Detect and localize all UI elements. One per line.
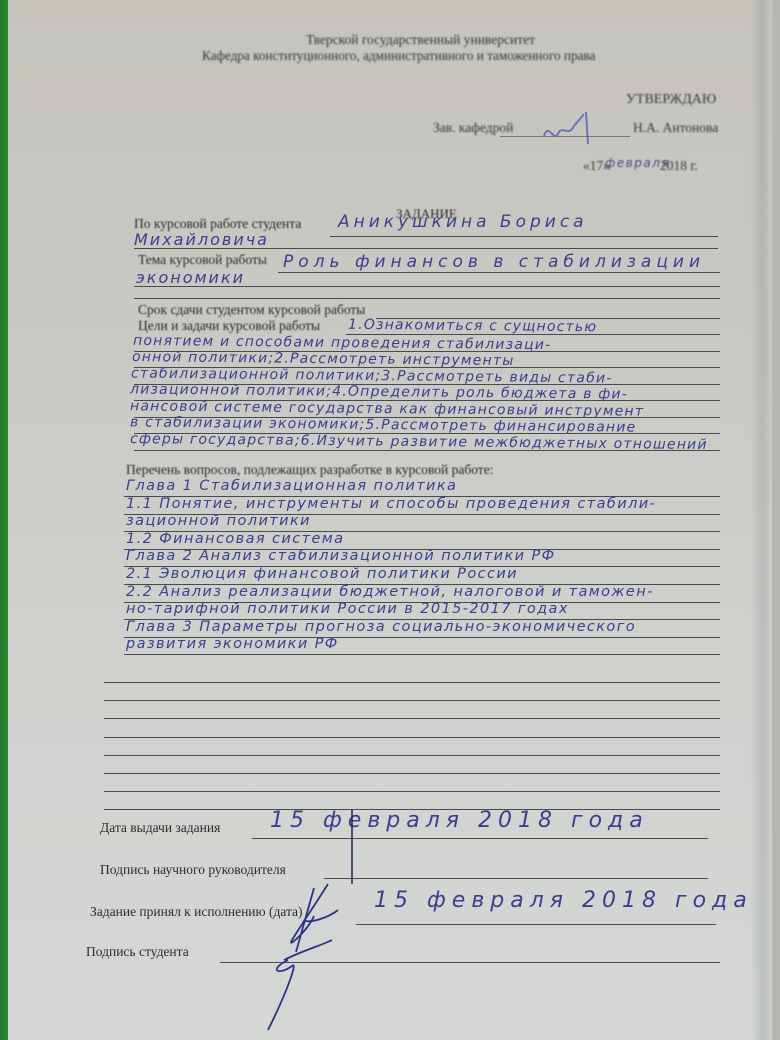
issue-date-label: Дата выдачи задания bbox=[100, 820, 220, 836]
student-line-2 bbox=[134, 248, 718, 249]
approve-heading: УТВЕРЖДАЮ bbox=[626, 92, 716, 108]
question-line: развития экономики РФ bbox=[126, 636, 339, 652]
student-line-1 bbox=[330, 236, 718, 237]
ink-stroke bbox=[348, 808, 358, 888]
issue-date-rule bbox=[252, 838, 708, 839]
supervisor-sign-rule bbox=[324, 878, 708, 879]
document-page: Тверской государственный университет Каф… bbox=[8, 0, 772, 1040]
empty-rule bbox=[104, 791, 720, 792]
student-name-line1: Аникушкина Бориса bbox=[338, 212, 588, 232]
student-sign-label: Подпись студента bbox=[86, 944, 189, 960]
empty-rule bbox=[104, 682, 720, 683]
empty-rule bbox=[104, 755, 720, 756]
deadline-label: Срок сдачи студентом курсовой работы bbox=[138, 302, 365, 318]
empty-rule bbox=[104, 700, 720, 701]
goal-rule bbox=[134, 450, 720, 451]
question-line: Глава 3 Параметры прогноза социально-эко… bbox=[126, 619, 636, 635]
head-signature bbox=[538, 108, 618, 158]
question-line: Глава 2 Анализ стабилизационной политики… bbox=[126, 548, 556, 564]
topic-rule-2 bbox=[134, 286, 720, 287]
question-line: 1.2 Финансовая система bbox=[126, 531, 344, 547]
empty-rule bbox=[104, 737, 720, 738]
approve-date-year: 2018 г. bbox=[660, 158, 698, 174]
topic-line2: экономики bbox=[136, 268, 245, 287]
topic-rule-1 bbox=[278, 272, 720, 273]
goals-label: Цели и задачи курсовой работы bbox=[138, 318, 320, 334]
head-label: Зав. кафедрой bbox=[433, 120, 513, 136]
goal-line: 1.Ознакомиться с сущностью bbox=[348, 317, 597, 336]
accepted-date-value: 15 февраля 2018 года bbox=[374, 888, 753, 913]
student-signature bbox=[248, 880, 358, 1040]
question-line: 2.1 Эволюция финансовой политики России bbox=[126, 566, 518, 582]
question-line: но-тарифной политики России в 2015-2017 … bbox=[126, 601, 569, 617]
question-line: зационной политики bbox=[126, 513, 311, 529]
question-rule bbox=[124, 654, 720, 655]
issue-date-value: 15 февраля 2018 года bbox=[270, 808, 649, 833]
supervisor-sign-label: Подпись научного руководителя bbox=[100, 862, 286, 878]
questions-label: Перечень вопросов, подлежащих разработке… bbox=[126, 462, 493, 478]
student-name-line2: Михайловича bbox=[134, 230, 269, 249]
topic-rule-3 bbox=[134, 298, 720, 299]
head-name: Н.А. Антонова bbox=[633, 120, 718, 136]
question-line: 1.1 Понятие, инструменты и способы прове… bbox=[126, 496, 656, 512]
topic-label: Тема курсовой работы bbox=[138, 252, 267, 268]
university-name: Тверской государственный университет bbox=[306, 32, 535, 48]
topic-line1: Роль финансов в стабилизации bbox=[283, 252, 705, 272]
question-line: 2.2 Анализ реализации бюджетной, налогов… bbox=[126, 584, 654, 600]
empty-rule bbox=[104, 718, 720, 719]
department-name: Кафедра конституционного, административн… bbox=[202, 48, 595, 64]
question-line: Глава 1 Стабилизационная политика bbox=[126, 478, 457, 494]
empty-rule bbox=[104, 773, 720, 774]
accepted-rule bbox=[356, 924, 716, 925]
